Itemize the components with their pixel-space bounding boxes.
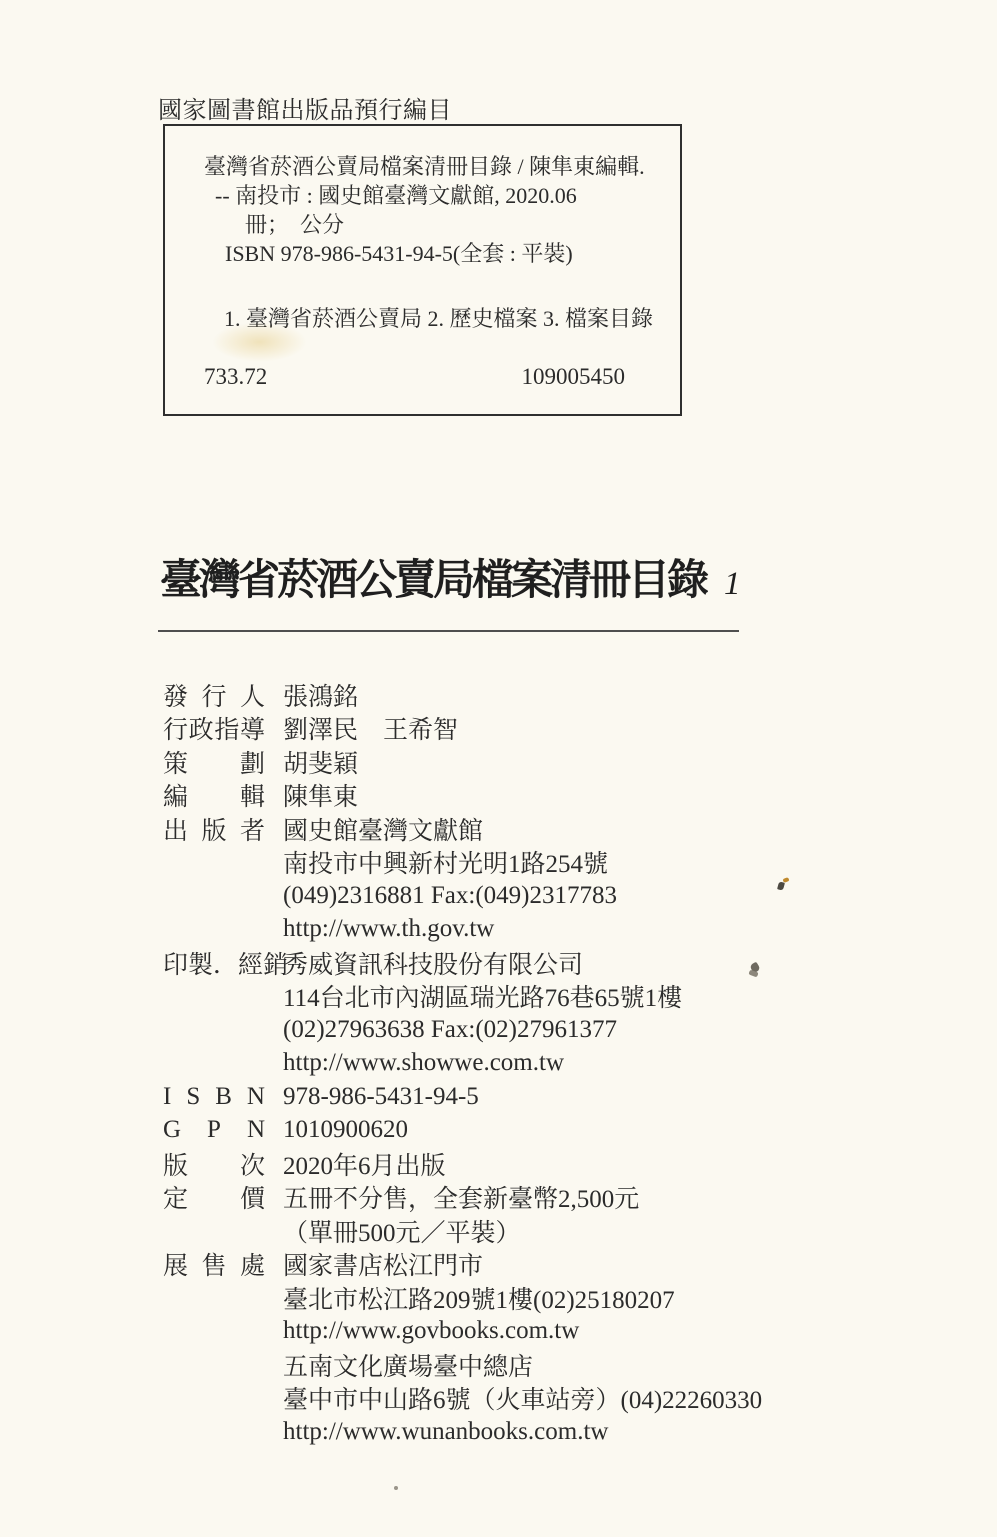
colophon-value: 五冊不分售，全套新臺幣2,500元 bbox=[283, 1179, 639, 1215]
colophon-label: 策劃 bbox=[163, 744, 265, 780]
colophon-value: 胡斐穎 bbox=[283, 744, 358, 780]
colophon-value: http://www.govbooks.com.tw bbox=[283, 1317, 579, 1345]
colophon-row: http://www.govbooks.com.tw bbox=[163, 1315, 883, 1349]
volume-number: 1 bbox=[724, 566, 741, 603]
colophon-row: （單冊500元／平裝） bbox=[163, 1214, 883, 1248]
colophon-row: http://www.th.gov.tw bbox=[163, 913, 883, 947]
colophon-row: 印製．經銷秀威資訊科技股份有限公司 bbox=[163, 946, 883, 980]
book-title: 臺灣省菸酒公賣局檔案清冊目錄 bbox=[160, 556, 706, 606]
colophon-value: 1010900620 bbox=[283, 1116, 408, 1144]
colophon-section: 發行人張鴻銘行政指導劉澤民 王希智策劃胡斐穎編輯陳隼東出版者國史館臺灣文獻館南投… bbox=[163, 678, 883, 1449]
colophon-row: (02)27963638 Fax:(02)27961377 bbox=[163, 1013, 883, 1047]
colophon-value: http://www.wunanbooks.com.tw bbox=[283, 1418, 608, 1446]
colophon-row: http://www.showwe.com.tw bbox=[163, 1047, 883, 1081]
colophon-row: 臺北市松江路209號1樓(02)25180207 bbox=[163, 1281, 883, 1315]
colophon-value: (02)27963638 Fax:(02)27961377 bbox=[283, 1016, 617, 1044]
colophon-label: ISBN bbox=[163, 1083, 265, 1111]
colophon-value: 張鴻銘 bbox=[283, 677, 358, 713]
colophon-label: 印製．經銷 bbox=[163, 945, 265, 981]
cip-record-number: 109005450 bbox=[522, 362, 626, 391]
colophon-value: 五南文化廣場臺中總店 bbox=[283, 1347, 533, 1383]
scan-speck bbox=[394, 1486, 398, 1490]
colophon-label: 版次 bbox=[163, 1146, 265, 1182]
colophon-value: 臺中市中山路6號（火車站旁）(04)22260330 bbox=[283, 1380, 762, 1416]
colophon-row: ISBN978-986-5431-94-5 bbox=[163, 1080, 883, 1114]
colophon-row: 臺中市中山路6號（火車站旁）(04)22260330 bbox=[163, 1382, 883, 1416]
cip-bottom-row: 733.72 109005450 bbox=[203, 362, 625, 391]
cip-subject-line: 1. 臺灣省菸酒公賣局 2. 歷史檔案 3. 檔案目錄 bbox=[203, 304, 625, 333]
cip-entry-line: -- 南投市 : 國史館臺灣文獻館, 2020.06 bbox=[203, 181, 625, 210]
colophon-row: 定價五冊不分售，全套新臺幣2,500元 bbox=[163, 1181, 883, 1215]
colophon-label: 編輯 bbox=[163, 777, 265, 813]
cip-box: 臺灣省菸酒公賣局檔案清冊目錄 / 陳隼東編輯. -- 南投市 : 國史館臺灣文獻… bbox=[163, 124, 682, 416]
cip-class-number: 733.72 bbox=[204, 362, 267, 391]
colophon-row: 策劃胡斐穎 bbox=[163, 745, 883, 779]
cip-entry-line: 冊； 公分 bbox=[203, 210, 625, 239]
colophon-value: http://www.th.gov.tw bbox=[283, 915, 494, 943]
colophon-label: 出版者 bbox=[163, 811, 265, 847]
colophon-value: 秀威資訊科技股份有限公司 bbox=[283, 945, 583, 981]
colophon-value: 南投市中興新村光明1路254號 bbox=[283, 844, 608, 880]
colophon-row: 展售處國家書店松江門市 bbox=[163, 1248, 883, 1282]
colophon-row: 114台北市內湖區瑞光路76巷65號1樓 bbox=[163, 980, 883, 1014]
colophon-row: 五南文化廣場臺中總店 bbox=[163, 1348, 883, 1382]
colophon-label: 行政指導 bbox=[163, 710, 265, 746]
colophon-page: 國家圖書館出版品預行編目 臺灣省菸酒公賣局檔案清冊目錄 / 陳隼東編輯. -- … bbox=[0, 0, 997, 1537]
colophon-value: (049)2316881 Fax:(049)2317783 bbox=[283, 882, 617, 910]
colophon-row: 版次2020年6月出版 bbox=[163, 1147, 883, 1181]
colophon-label: 展售處 bbox=[163, 1246, 265, 1282]
colophon-row: http://www.wunanbooks.com.tw bbox=[163, 1415, 883, 1449]
colophon-value: 978-986-5431-94-5 bbox=[283, 1083, 479, 1111]
colophon-value: 臺北市松江路209號1樓(02)25180207 bbox=[283, 1280, 675, 1316]
cip-entry-line: 臺灣省菸酒公賣局檔案清冊目錄 / 陳隼東編輯. bbox=[203, 152, 625, 181]
colophon-row: 編輯陳隼東 bbox=[163, 779, 883, 813]
colophon-row: 出版者國史館臺灣文獻館 bbox=[163, 812, 883, 846]
colophon-value: 國家書店松江門市 bbox=[283, 1246, 483, 1282]
title-divider bbox=[158, 630, 739, 632]
colophon-value: http://www.showwe.com.tw bbox=[283, 1049, 564, 1077]
colophon-value: （單冊500元／平裝） bbox=[283, 1213, 521, 1249]
colophon-value: 2020年6月出版 bbox=[283, 1146, 446, 1182]
colophon-row: 南投市中興新村光明1路254號 bbox=[163, 846, 883, 880]
cip-entry-line: ISBN 978-986-5431-94-5(全套 : 平裝) bbox=[203, 239, 625, 268]
colophon-label: GPN bbox=[163, 1116, 265, 1144]
colophon-rows: 發行人張鴻銘行政指導劉澤民 王希智策劃胡斐穎編輯陳隼東出版者國史館臺灣文獻館南投… bbox=[163, 678, 883, 1449]
colophon-label: 定價 bbox=[163, 1179, 265, 1215]
title-row: 臺灣省菸酒公賣局檔案清冊目錄 1 bbox=[160, 556, 840, 606]
colophon-value: 114台北市內湖區瑞光路76巷65號1樓 bbox=[283, 978, 682, 1014]
cip-heading: 國家圖書館出版品預行編目 bbox=[158, 90, 452, 125]
colophon-row: GPN1010900620 bbox=[163, 1114, 883, 1148]
colophon-row: (049)2316881 Fax:(049)2317783 bbox=[163, 879, 883, 913]
colophon-row: 行政指導劉澤民 王希智 bbox=[163, 712, 883, 746]
colophon-row: 發行人張鴻銘 bbox=[163, 678, 883, 712]
colophon-value: 國史館臺灣文獻館 bbox=[283, 811, 483, 847]
colophon-label: 發行人 bbox=[163, 677, 265, 713]
colophon-value: 劉澤民 王希智 bbox=[283, 710, 458, 746]
colophon-value: 陳隼東 bbox=[283, 777, 358, 813]
